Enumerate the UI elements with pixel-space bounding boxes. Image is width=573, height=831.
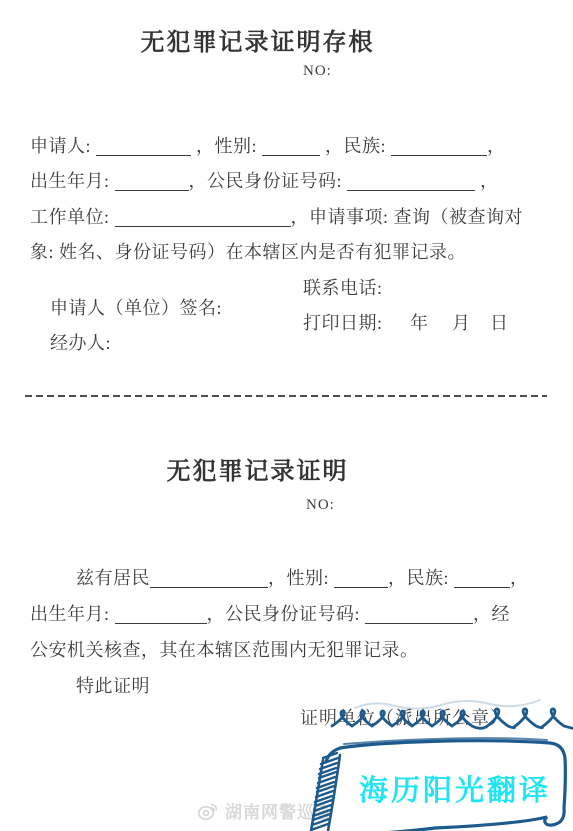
form-text: 象: 姓名、身份证号码）在本辖区内是否有犯罪记录。 xyxy=(30,242,466,262)
form-text: ，性别: xyxy=(191,136,262,156)
stub-line-applicant: 申请人: ，性别: ，民族: ， xyxy=(30,136,565,156)
blank-field xyxy=(365,619,473,624)
blank-field xyxy=(454,583,510,588)
form-text: ， xyxy=(475,171,499,191)
form-text: 公安机关核查，其在本辖区范围内无犯罪记录。 xyxy=(30,640,419,660)
date-year-label: 年 xyxy=(410,313,429,333)
blank-field xyxy=(115,186,189,191)
form-text: ，公民身份证号码: xyxy=(207,604,366,624)
stub-title: 无犯罪记录证明存根 xyxy=(0,22,573,57)
watermark: 湖南网警巡查 xyxy=(196,798,333,823)
blank-field xyxy=(115,222,291,227)
section-divider xyxy=(25,395,547,397)
form-text: ，申请事项: 查询（被查询对 xyxy=(291,207,524,227)
form-text: ， xyxy=(510,568,529,588)
stub-line-birth-id: 出生年月: ，公民身份证号码: ， xyxy=(30,171,565,191)
certificate-title: 无犯罪记录证明 xyxy=(0,451,573,486)
blank-field xyxy=(334,583,388,588)
form-text: ， xyxy=(487,136,506,156)
cert-seal-label: 证明单位（派出所公章） xyxy=(300,704,509,730)
date-month-label: 月 xyxy=(452,313,471,333)
stub-handler-label: 经办人: xyxy=(50,333,111,353)
blank-field xyxy=(96,151,191,156)
form-text: ，性别: xyxy=(268,568,334,588)
form-text: ，民族: xyxy=(388,568,454,588)
form-text: 工作单位: xyxy=(30,207,115,227)
certificate-no-label: NO: xyxy=(306,497,335,514)
form-text: 兹有居民 xyxy=(76,568,150,588)
blank-field xyxy=(262,151,320,156)
form-text: 出生年月: xyxy=(30,604,115,624)
watermark-text: 湖南网警巡查 xyxy=(225,798,333,823)
form-text: ，公民身份证号码: xyxy=(189,171,348,191)
stub-printdate-label: 打印日期: xyxy=(303,313,383,333)
form-text: 特此证明 xyxy=(76,676,150,696)
cert-line-birth-id: 出生年月: ，公民身份证号码: ，经 xyxy=(30,604,565,624)
cert-line-verify: 公安机关核查，其在本辖区范围内无犯罪记录。 xyxy=(30,640,565,660)
form-text: ，经 xyxy=(473,604,510,624)
stub-phone-label: 联系电话: xyxy=(303,278,383,298)
document-page: 无犯罪记录证明存根 NO: 申请人: ，性别: ，民族: ， 出生年月: ，公民… xyxy=(0,0,573,831)
stub-handler-row: 经办人: 打印日期: 年 月 日 xyxy=(30,313,563,453)
cert-line-hereby: 特此证明 xyxy=(30,676,565,696)
annotation-box-corner xyxy=(326,748,341,762)
stub-line-query-scope: 象: 姓名、身份证号码）在本辖区内是否有犯罪记录。 xyxy=(30,242,565,262)
blank-field xyxy=(115,619,207,624)
form-text: ，民族: xyxy=(320,136,391,156)
cert-line-resident: 兹有居民，性别: ，民族: ， xyxy=(30,568,565,588)
blank-field xyxy=(391,151,487,156)
weibo-logo-icon xyxy=(196,799,220,823)
date-day-label: 日 xyxy=(490,313,509,333)
stub-no-label: NO: xyxy=(303,63,332,80)
stub-line-workunit: 工作单位: ，申请事项: 查询（被查询对 xyxy=(30,207,565,227)
form-text: 出生年月: xyxy=(30,171,115,191)
brand-text: 海历阳光翻译 xyxy=(338,768,572,809)
annotation-box-topline xyxy=(344,738,547,744)
blank-field xyxy=(347,186,475,191)
form-text: 申请人: xyxy=(30,136,96,156)
blank-field xyxy=(150,583,268,588)
